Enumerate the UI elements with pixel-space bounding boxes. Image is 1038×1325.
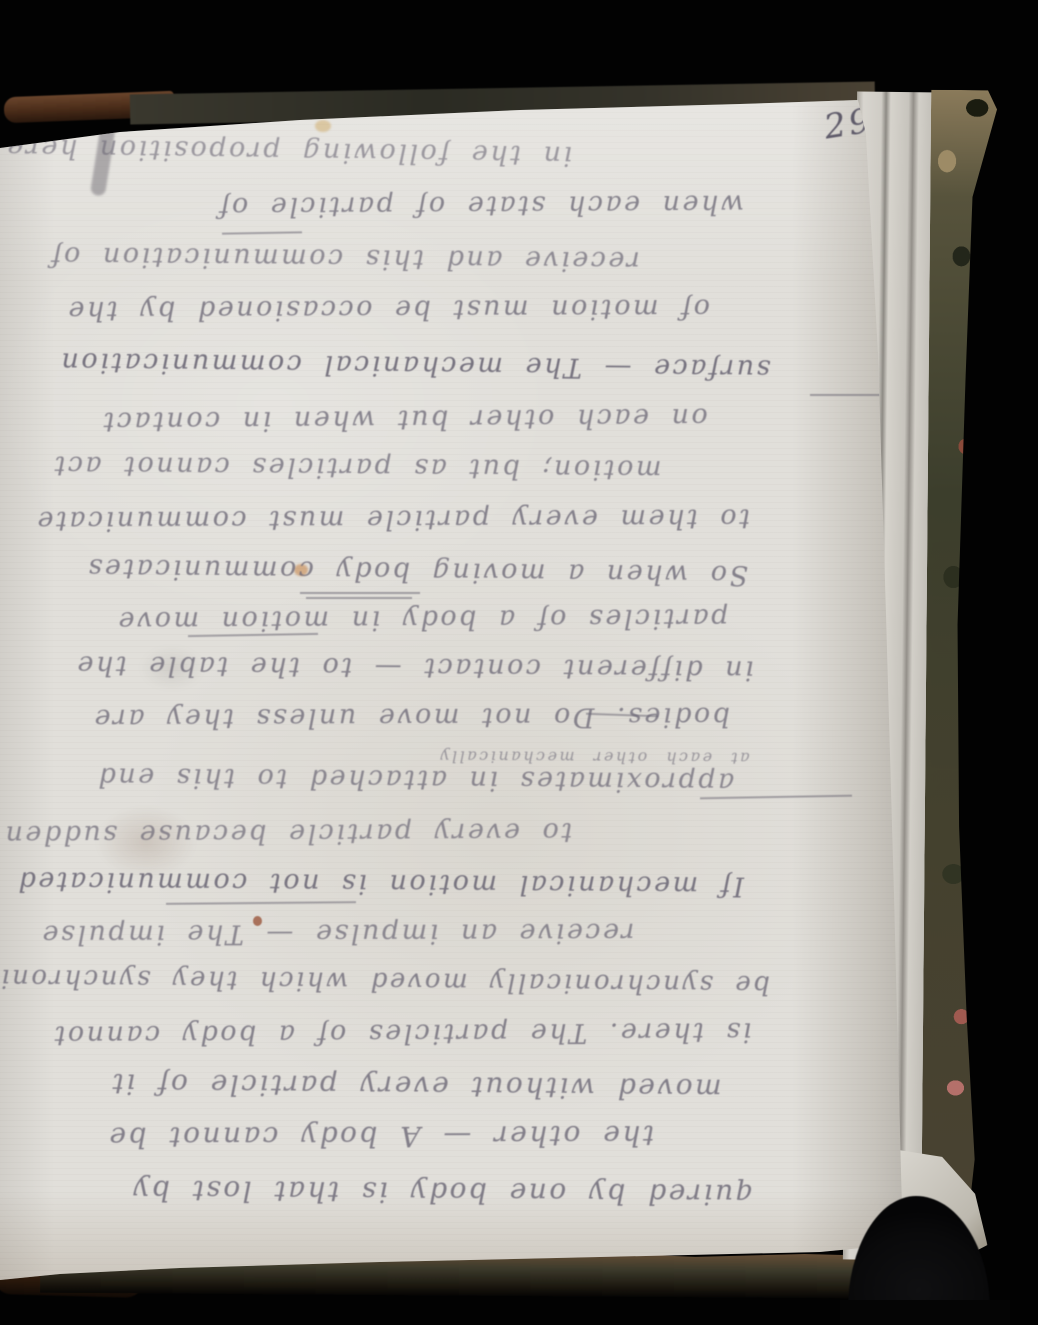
pencil-underline <box>166 901 356 905</box>
handwriting-line: of motion must be occasioned by the <box>66 293 710 326</box>
marbled-board-edge <box>921 90 997 1279</box>
pencil-underline <box>306 597 412 599</box>
notebook-page: 295 in the following proposition herewhe… <box>0 94 910 1286</box>
notebook-photo: 295 in the following proposition herewhe… <box>0 0 1038 1325</box>
holding-thumb-base <box>840 1300 1010 1325</box>
stain <box>315 120 331 132</box>
handwriting-line: bodies. Do not move unless they are <box>92 701 730 734</box>
handwriting-line: motion; but as particles cannot act <box>52 450 662 485</box>
handwriting-line: to every particle because sudden <box>3 817 572 851</box>
handwriting-line: approximates in attached to this end <box>96 761 734 798</box>
handwriting-line: in different contact — to the table the <box>75 650 754 686</box>
pencil-underline <box>222 231 302 234</box>
handwriting-line: be synchronically moved which they synch… <box>0 962 770 999</box>
handwriting-line: particles of a body in motion move <box>116 602 729 636</box>
handwriting-line: moved without every particle of it <box>110 1067 722 1105</box>
handwriting-line: to them every particle must communicate <box>35 503 750 536</box>
handwriting-line: is there. The particles of a body cannot <box>52 1016 752 1051</box>
handwriting-line: receive an impulse — The impulse <box>40 917 634 950</box>
handwriting-line: If mechanical motion is not communicated <box>16 865 744 901</box>
handwriting-line: in the following proposition here <box>5 132 573 171</box>
handwriting-line: when each state of particle of <box>217 189 744 223</box>
handwriting-line: receive and this communication of <box>49 240 640 276</box>
handwriting-line: the other — A body cannot be <box>107 1119 654 1154</box>
pencil-underline <box>300 592 420 594</box>
handwriting-line: quired by one body is that lost by <box>131 1174 754 1211</box>
handwriting-line: So when a moving body communicates <box>86 553 748 591</box>
handwriting-line: on each other but when in contact <box>101 402 708 437</box>
handwriting-line: surface — The mechanical communication <box>58 346 770 384</box>
